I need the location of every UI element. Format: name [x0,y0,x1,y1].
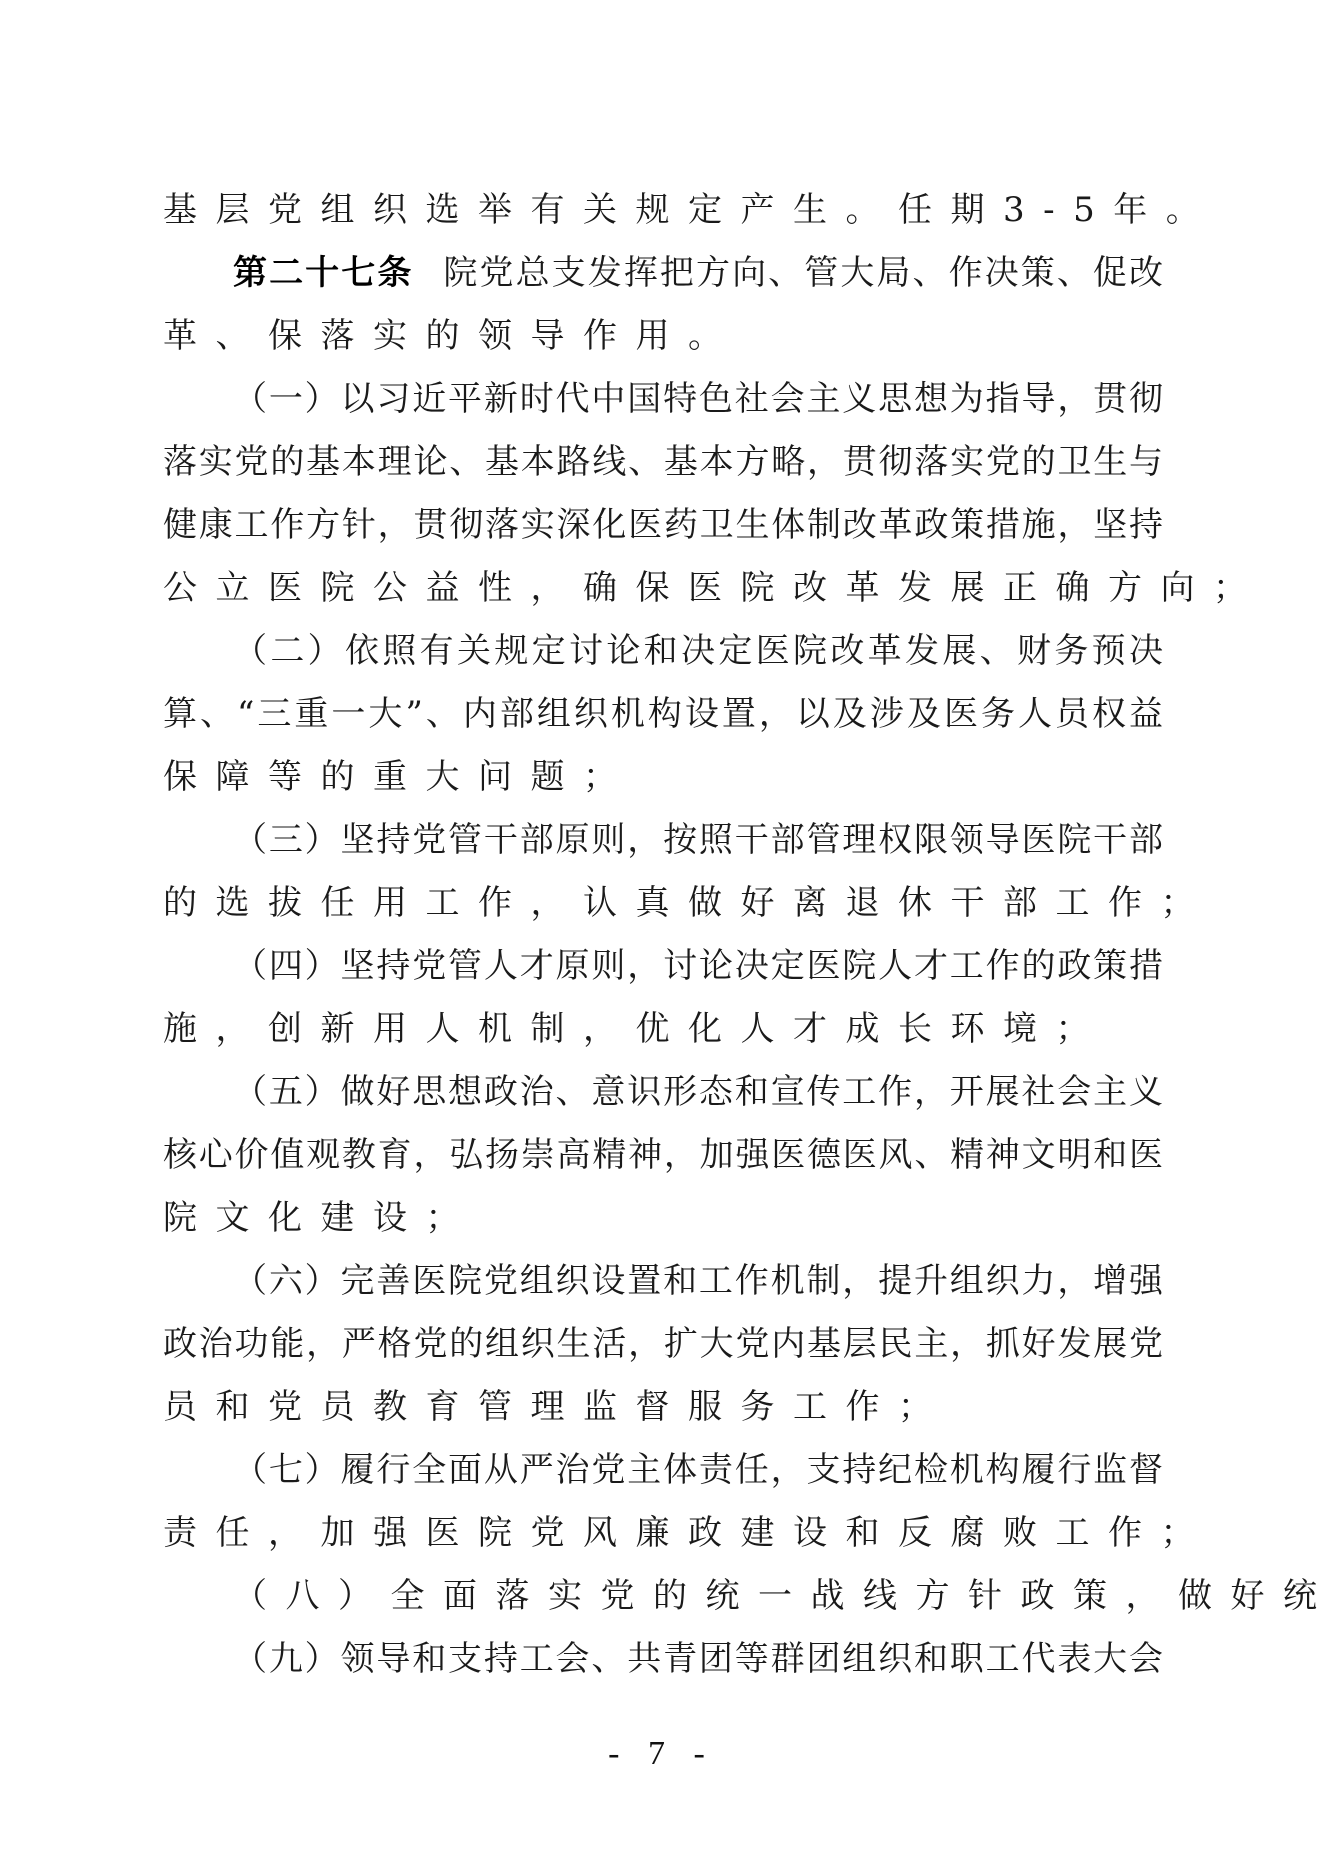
body-line: 施，创新用人机制，优化人才成长环境； [163,1004,1163,1054]
list-item-6: （六）完善医院党组织设置和工作机制，提升组织力，增强 [233,1256,1163,1306]
body-line: 算、“三重一大”、内部组织机构设置，以及涉及医务人员权益 [163,689,1163,739]
list-item-5: （五）做好思想政治、意识形态和宣传工作，开展社会主义 [233,1067,1163,1117]
body-line: 政治功能，严格党的组织生活，扩大党内基层民主，抓好发展党 [163,1319,1163,1369]
article-line: 第二十七条院党总支发挥把方向、管大局、作决策、促改 [233,248,1163,298]
body-line: 落实党的基本理论、基本路线、基本方略，贯彻落实党的卫生与 [163,437,1163,487]
document-page: 基层党组织选举有关规定产生。任期3-5年。 第二十七条院党总支发挥把方向、管大局… [0,0,1323,1871]
body-line: 院文化建设； [163,1193,1163,1243]
page-number: - 7 - [0,1735,1323,1773]
list-item-8: （八）全面落实党的统一战线方针政策，做好统战工作； [233,1571,1163,1621]
list-item-2: （二）依照有关规定讨论和决定医院改革发展、财务预决 [233,626,1163,676]
list-item-9: （九）领导和支持工会、共青团等群团组织和职工代表大会 [233,1634,1163,1684]
body-line: 公立医院公益性，确保医院改革发展正确方向； [163,563,1163,613]
list-item-7: （七）履行全面从严治党主体责任，支持纪检机构履行监督 [233,1445,1163,1495]
body-line: 的选拔任用工作，认真做好离退休干部工作； [163,878,1163,928]
body-line: 革、保落实的领导作用。 [163,311,1163,361]
article-heading: 第二十七条 [233,253,413,293]
list-item-4: （四）坚持党管人才原则，讨论决定医院人才工作的政策措 [233,941,1163,991]
body-line: 健康工作方针，贯彻落实深化医药卫生体制改革政策措施，坚持 [163,500,1163,550]
body-line: 基层党组织选举有关规定产生。任期3-5年。 [163,185,1163,235]
article-text: 院党总支发挥把方向、管大局、作决策、促改 [443,253,1163,293]
body-line: 员和党员教育管理监督服务工作； [163,1382,1163,1432]
body-line: 核心价值观教育，弘扬崇高精神，加强医德医风、精神文明和医 [163,1130,1163,1180]
list-item-3: （三）坚持党管干部原则，按照干部管理权限领导医院干部 [233,815,1163,865]
body-line: 责任，加强医院党风廉政建设和反腐败工作； [163,1508,1163,1558]
list-item-1: （一）以习近平新时代中国特色社会主义思想为指导，贯彻 [233,374,1163,424]
body-line: 保障等的重大问题； [163,752,1163,802]
